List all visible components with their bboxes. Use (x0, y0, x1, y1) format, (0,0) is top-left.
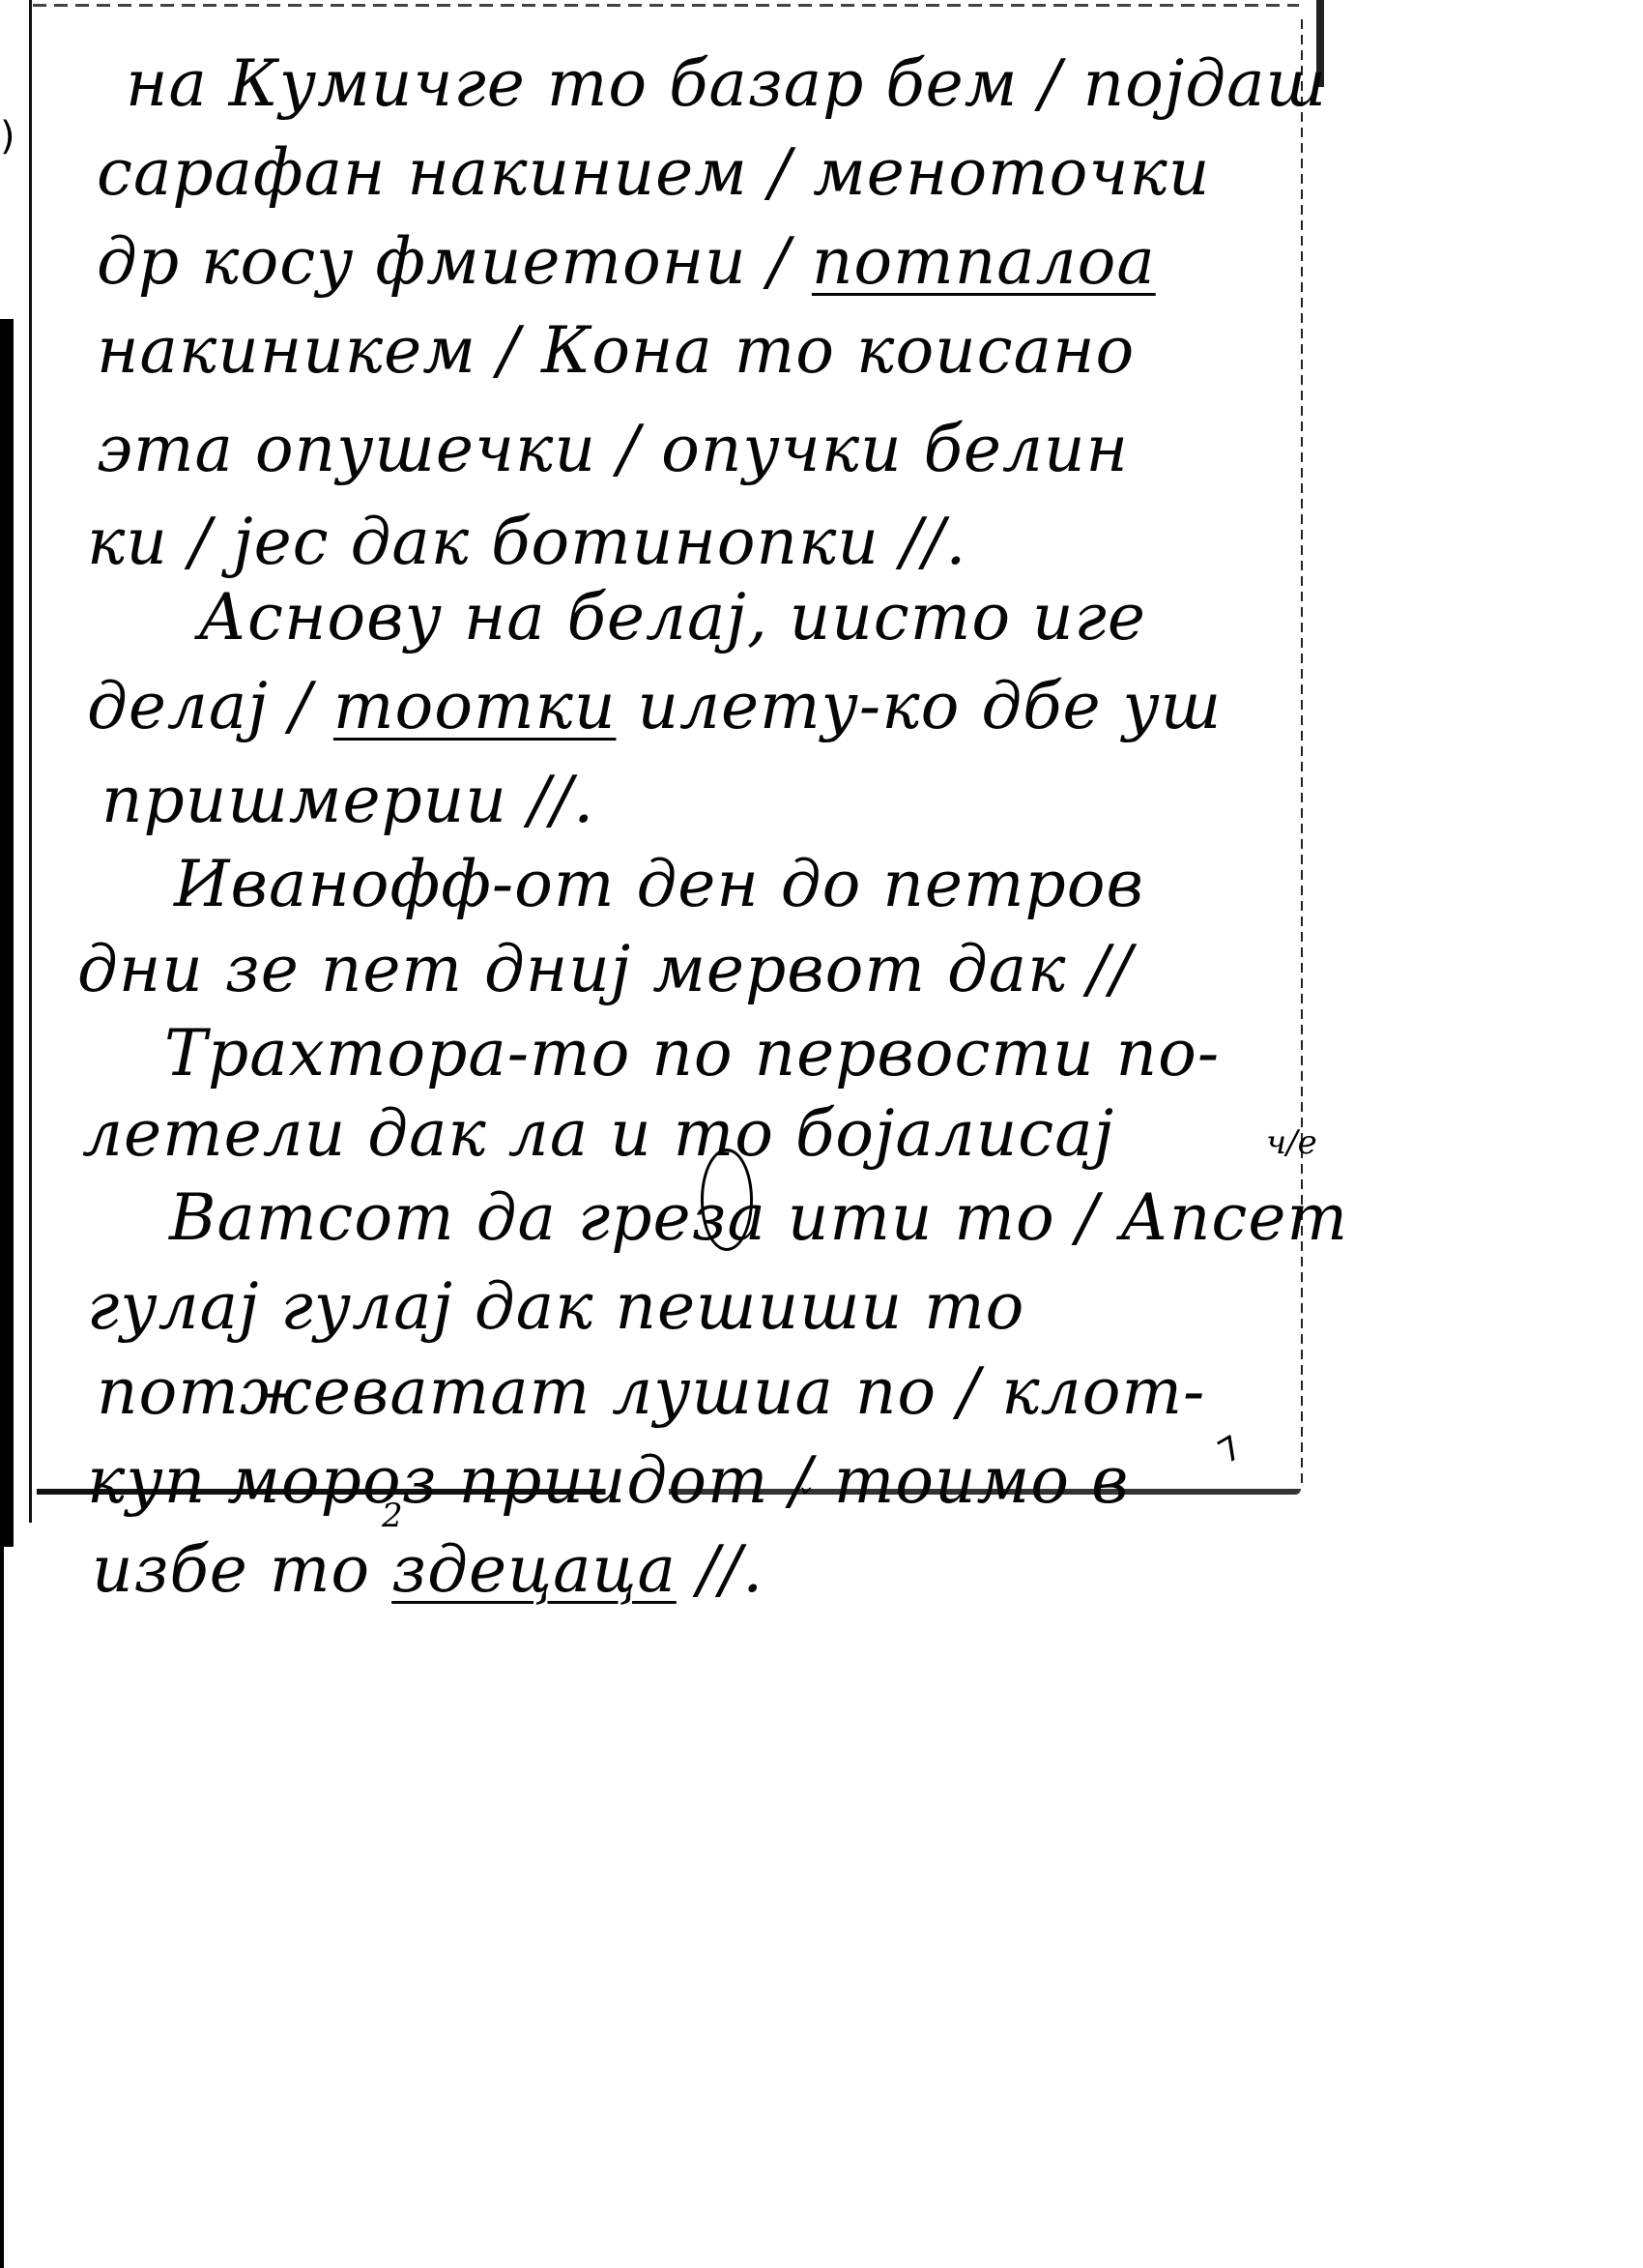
line-text: сарафан накинием / меноточки (97, 135, 1210, 210)
underlined-word: тоотки (333, 669, 617, 743)
bottom-edge-tick: ˇ (794, 1484, 811, 1523)
text-line: др косу фмиетони / потпалоа (97, 224, 1156, 299)
underlined-word: здецаца (391, 1532, 677, 1607)
line-text: Трахтора-то по первости по- (164, 1016, 1220, 1090)
text-line: делај / тоотки илету-ко дбе уш (87, 669, 1222, 743)
text-line: эта опушечки / опучки белин (97, 412, 1129, 486)
circled-letter-mark (701, 1149, 753, 1251)
text-line: Аснову на белај, иисто иге (198, 580, 1146, 654)
line-text: дни зе пет дниј мервот дак // (77, 932, 1133, 1006)
line-text: куп мороз приидот / тоимо в (87, 1443, 1129, 1518)
line-text: летели дак ла и то бојалисај (82, 1096, 1114, 1171)
text-line: куп мороз приидот / тоимо в (87, 1443, 1129, 1518)
text-line: избе то здецаца //. (92, 1532, 764, 1607)
left-margin-rule (29, 0, 32, 1523)
page-top-edge (33, 4, 1299, 7)
bottom-edge-mark: 2 (382, 1497, 403, 1535)
text-line: пришмерии //. (101, 763, 594, 837)
scan-shadow-left (0, 319, 14, 1547)
line-text: илету-ко дбе уш (616, 669, 1222, 743)
page-number: 7 (1211, 1428, 1249, 1471)
text-line: сарафан накинием / меноточки (97, 135, 1210, 210)
line-text: ки / јес дак ботинопки //. (87, 505, 966, 579)
text-line: на Кумичге то базар бем / појдаш (126, 46, 1327, 121)
text-line: Иванофф-от ден до петров (174, 847, 1144, 921)
line-text: избе то (92, 1532, 391, 1607)
text-line: потжеватат лушиа по / клот- (97, 1354, 1205, 1429)
line-text: делај / (87, 669, 333, 743)
left-margin-mark: ) (0, 114, 15, 159)
underlined-word: потпалоа (812, 224, 1156, 299)
text-line: ки / јес дак ботинопки //. (87, 505, 966, 579)
line-text: эта опушечки / опучки белин (97, 412, 1129, 486)
line-text: //. (677, 1532, 764, 1607)
text-line: летели дак ла и то бојалисај (82, 1096, 1114, 1171)
line-text: др косу фмиетони / (97, 224, 812, 299)
line-text: потжеватат лушиа по / клот- (97, 1354, 1205, 1429)
text-line: Трахтора-то по первости по- (164, 1016, 1220, 1090)
text-line: дни зе пет дниј мервот дак // (77, 932, 1133, 1006)
line-text: гулај гулај дак пешиши то (87, 1269, 1024, 1344)
scan-shadow-left-lower (0, 1527, 4, 2268)
line-text: Ватсот да греза ити то / Апсет (169, 1180, 1348, 1255)
text-line: гулај гулај дак пешиши то (87, 1269, 1024, 1344)
line-text: пришмерии //. (101, 763, 594, 837)
line-text: Иванофф-от ден до петров (174, 847, 1144, 921)
margin-note: ч/е (1266, 1123, 1317, 1162)
line-text: Аснову на белај, иисто иге (198, 580, 1146, 654)
manuscript-page: ) на Кумичге то базар бем / појдашсарафа… (0, 0, 1319, 1532)
right-margin-rule (1301, 19, 1303, 1489)
line-text: накиникем / Кона то коисано (97, 313, 1135, 388)
line-text: на Кумичге то базар бем / појдаш (126, 46, 1327, 121)
text-line: Ватсот да греза ити то / Апсет (169, 1180, 1348, 1255)
text-line: накиникем / Кона то коисано (97, 313, 1135, 388)
